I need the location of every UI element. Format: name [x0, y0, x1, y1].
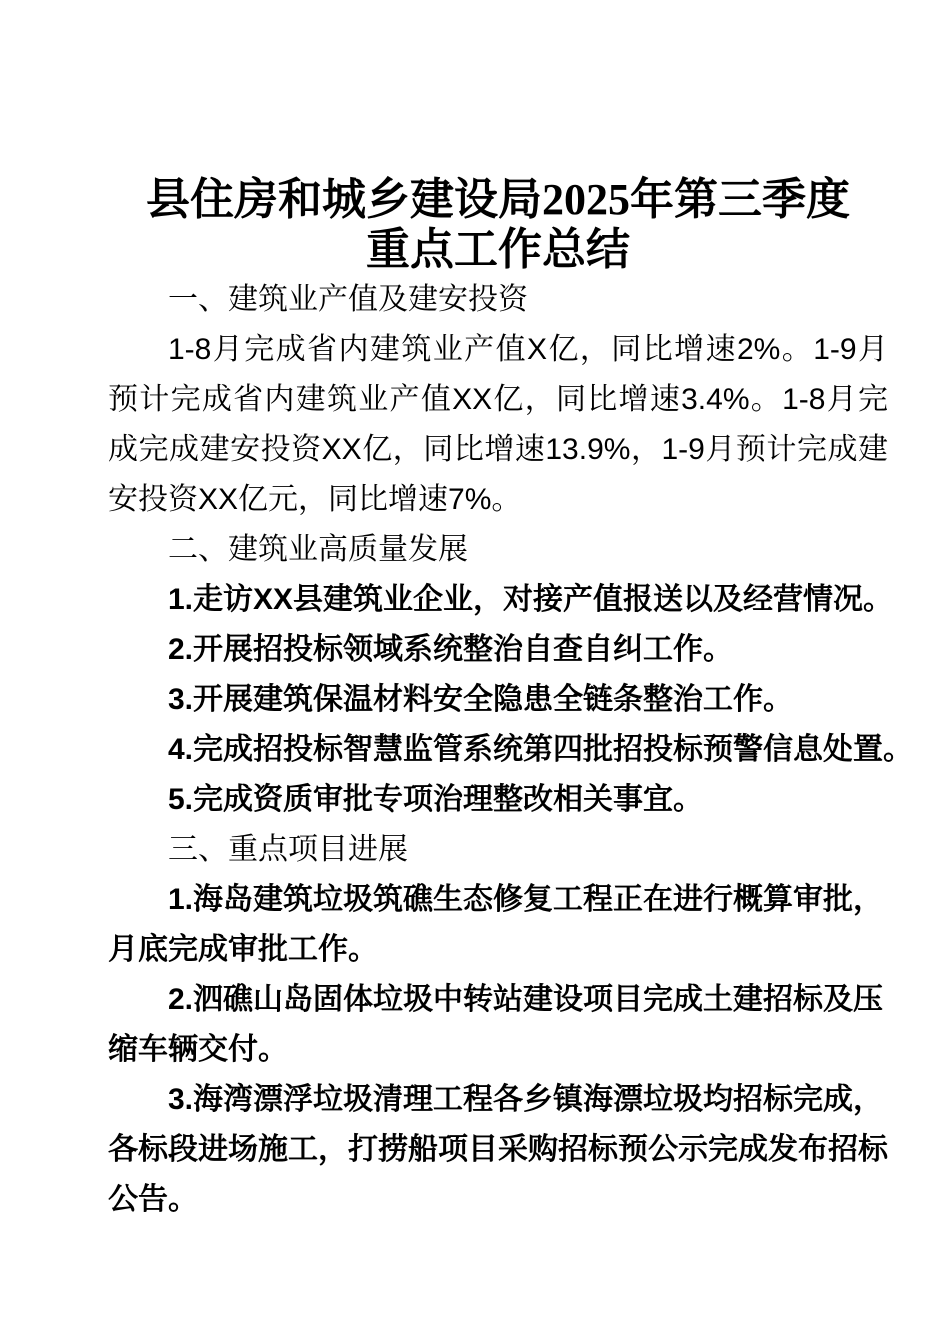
document-page: 县住房和城乡建设局2025年第三季度重点工作总结 一、建筑业产值及建安投资 1-…	[0, 0, 950, 1344]
section-3-item-2: 2.泗礁山岛固体垃圾中转站建设项目完成土建招标及压缩车辆交付。	[108, 975, 888, 1075]
section-heading-2: 二、建筑业高质量发展	[108, 525, 888, 575]
section-heading-3: 三、重点项目进展	[108, 825, 888, 875]
section-2-item-1: 1.走访XX县建筑业企业，对接产值报送以及经营情况。	[108, 575, 888, 625]
section-2-item-5: 5.完成资质审批专项治理整改相关事宜。	[108, 775, 888, 825]
section-2-item-4: 4.完成招投标智慧监管系统第四批招投标预警信息处置。	[108, 725, 888, 775]
section-heading-1: 一、建筑业产值及建安投资	[108, 275, 888, 325]
section-3-item-1: 1.海岛建筑垃圾筑礁生态修复工程正在进行概算审批，月底完成审批工作。	[108, 875, 888, 975]
document-title: 县住房和城乡建设局2025年第三季度重点工作总结	[132, 175, 864, 275]
section-1-paragraph: 1-8月完成省内建筑业产值X亿，同比增速2%。1-9月预计完成省内建筑业产值XX…	[108, 325, 888, 525]
section-2-item-2: 2.开展招投标领域系统整治自查自纠工作。	[108, 625, 888, 675]
section-2-item-3: 3.开展建筑保温材料安全隐患全链条整治工作。	[108, 675, 888, 725]
section-3-item-3: 3.海湾漂浮垃圾清理工程各乡镇海漂垃圾均招标完成，各标段进场施工，打捞船项目采购…	[108, 1075, 888, 1225]
